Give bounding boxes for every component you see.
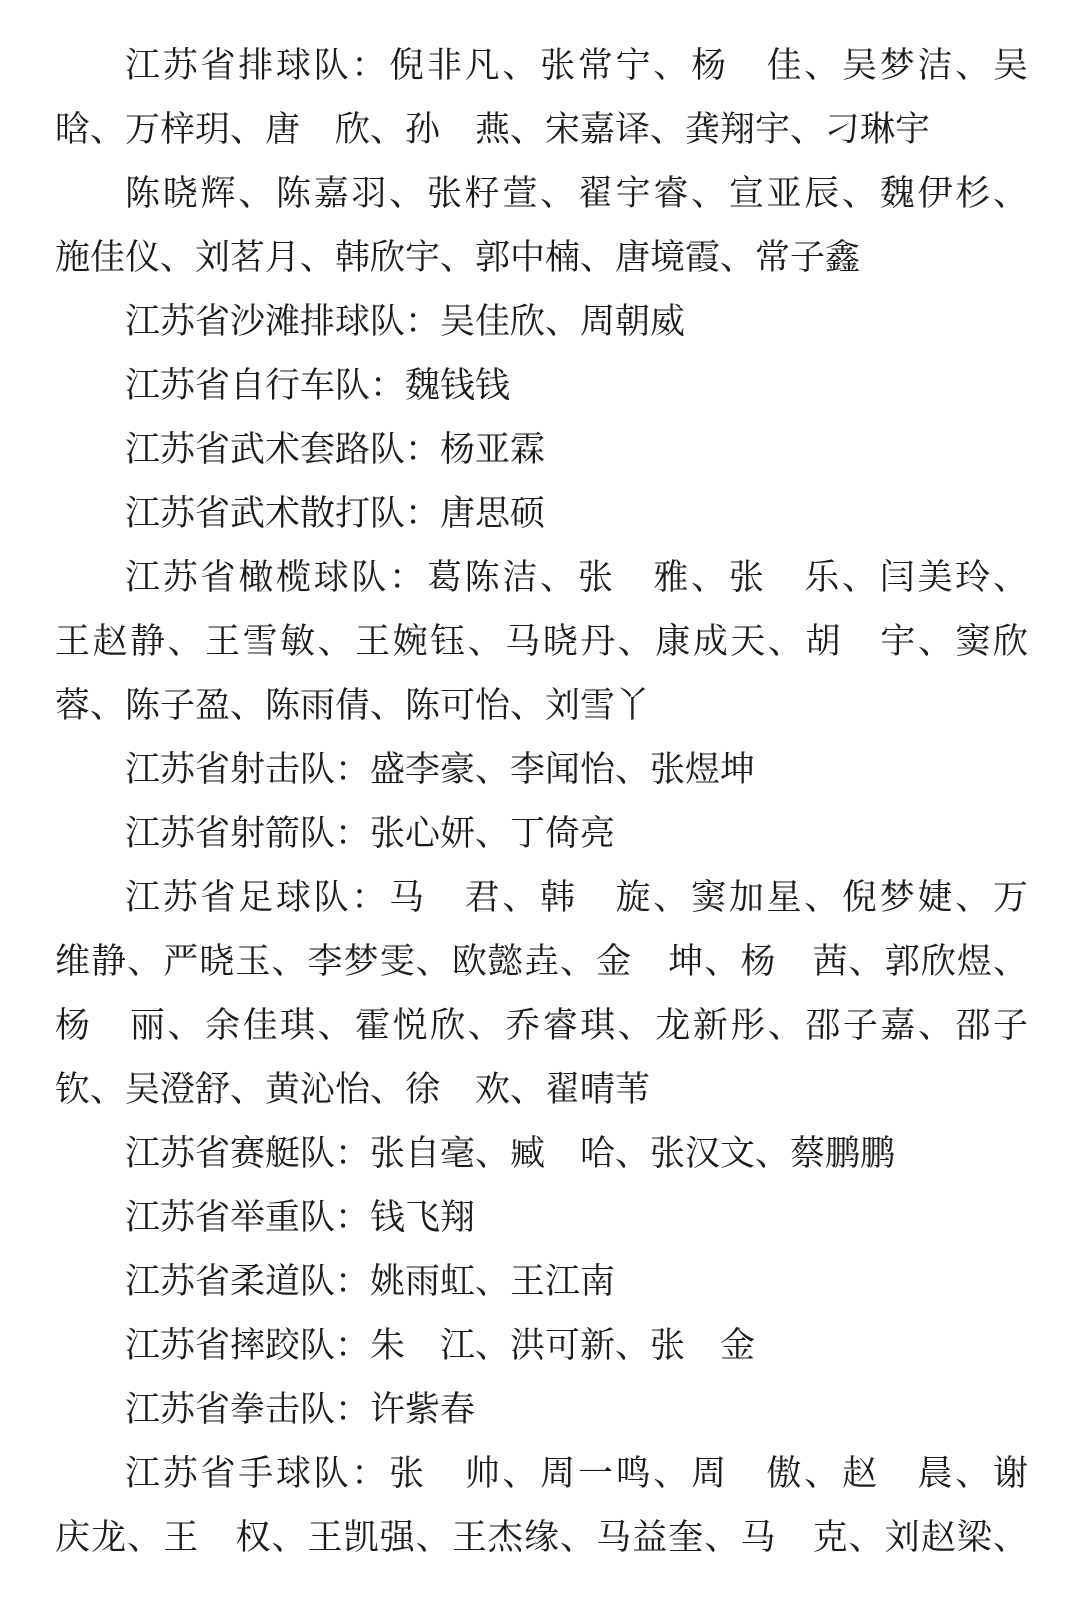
text-line: 江苏省武术散打队：唐思硕 <box>55 482 1028 546</box>
text-line: 江苏省足球队：马 君、韩 旋、窦加星、倪梦婕、万 <box>55 866 1028 930</box>
text-line: 江苏省自行车队：魏钱钱 <box>55 354 1028 418</box>
text-line: 江苏省射击队：盛李豪、李闻怡、张煜坤 <box>55 738 1028 802</box>
text-line: 江苏省橄榄球队：葛陈洁、张 雅、张 乐、闫美玲、 <box>55 546 1028 610</box>
text-line: 施佳仪、刘茗月、韩欣宇、郭中楠、唐境霞、常子鑫 <box>55 226 1028 290</box>
text-line: 江苏省沙滩排球队：吴佳欣、周朝威 <box>55 290 1028 354</box>
text-line: 晗、万梓玥、唐 欣、孙 燕、宋嘉译、龚翔宇、刁琳宇 <box>55 98 1028 162</box>
text-line: 江苏省举重队：钱飞翔 <box>55 1186 1028 1250</box>
text-line: 王赵静、王雪敏、王婉钰、马晓丹、康成天、胡 宇、窦欣 <box>55 610 1028 674</box>
text-line: 江苏省摔跤队：朱 江、洪可新、张 金 <box>55 1314 1028 1378</box>
text-line: 江苏省拳击队：许紫春 <box>55 1378 1028 1442</box>
text-line: 钦、吴澄舒、黄沁怡、徐 欢、翟晴苇 <box>55 1058 1028 1122</box>
document-page: 江苏省排球队：倪非凡、张常宁、杨 佳、吴梦洁、吴 晗、万梓玥、唐 欣、孙 燕、宋… <box>0 0 1080 1604</box>
text-line: 江苏省柔道队：姚雨虹、王江南 <box>55 1250 1028 1314</box>
text-line: 维静、严晓玉、李梦雯、欧懿垚、金 坤、杨 茜、郭欣煜、 <box>55 930 1028 994</box>
text-line: 杨 丽、余佳琪、霍悦欣、乔睿琪、龙新彤、邵子嘉、邵子 <box>55 994 1028 1058</box>
text-line: 江苏省手球队：张 帅、周一鸣、周 傲、赵 晨、谢 <box>55 1442 1028 1506</box>
text-line: 江苏省射箭队：张心妍、丁倚亮 <box>55 802 1028 866</box>
text-line: 江苏省武术套路队：杨亚霖 <box>55 418 1028 482</box>
text-line: 江苏省排球队：倪非凡、张常宁、杨 佳、吴梦洁、吴 <box>55 34 1028 98</box>
text-line: 江苏省赛艇队：张自毫、臧 哈、张汉文、蔡鹏鹏 <box>55 1122 1028 1186</box>
text-line: 陈晓辉、陈嘉羽、张籽萱、翟宇睿、宣亚辰、魏伊杉、 <box>55 162 1028 226</box>
text-line: 蓉、陈子盈、陈雨倩、陈可怡、刘雪丫 <box>55 674 1028 738</box>
text-line: 庆龙、王 权、王凯强、王杰缘、马益奎、马 克、刘赵梁、 <box>55 1506 1028 1570</box>
